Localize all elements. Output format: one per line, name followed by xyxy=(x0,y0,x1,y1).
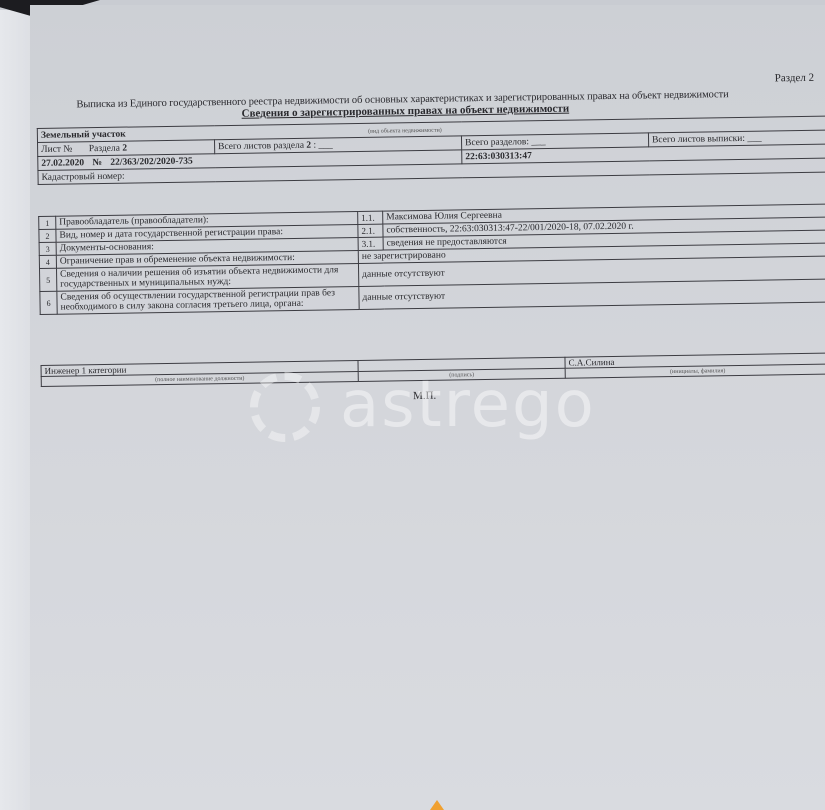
watermark: astrego xyxy=(340,368,596,442)
rights-table: 1 Правообладатель (правообладатели): 1.1… xyxy=(38,204,825,315)
page-edge xyxy=(0,10,34,810)
gear-icon xyxy=(250,372,320,442)
section-number: 2 xyxy=(122,143,127,153)
extract-date: 27.02.2020 xyxy=(41,158,84,169)
object-type-caption: (вид объекта недвижимости) xyxy=(368,127,442,134)
object-type: Земельный участок xyxy=(41,129,126,140)
extract-number: 22/363/202/2020-735 xyxy=(110,156,192,167)
section-label: Раздел 2 xyxy=(775,72,815,85)
